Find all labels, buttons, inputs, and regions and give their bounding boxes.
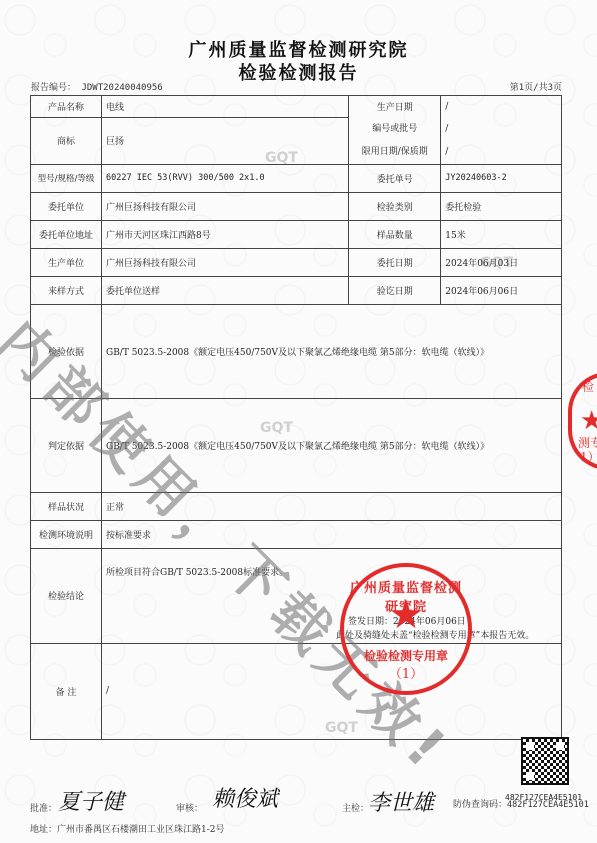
order-no-label: 委托单号 — [349, 164, 441, 192]
approve-label: 批准： — [30, 801, 57, 814]
expiry-label: 限用日期/保质期 — [353, 141, 436, 164]
star-icon: ★ — [344, 595, 468, 635]
conclusion-label: 检验结论 — [31, 548, 102, 643]
basis-value: GB/T 5023.5-2008《额定电压450/750V及以下聚氯乙烯绝缘电缆… — [102, 304, 562, 398]
sampling-value: 委托单位送样 — [102, 276, 349, 304]
batch-value: / — [445, 118, 557, 141]
seal-number: （1） — [344, 663, 468, 682]
sample-qty-value: 15米 — [441, 220, 562, 248]
product-name-label: 产品名称 — [31, 96, 102, 118]
completion-date-label: 验讫日期 — [349, 276, 441, 304]
production-date-label: 生产日期 — [349, 96, 441, 118]
inspection-type-label: 检验类别 — [349, 192, 441, 220]
approve-signature: 夏子健 — [58, 785, 124, 816]
basis-label: 检验依据 — [31, 304, 102, 398]
sample-status-label: 样品状况 — [31, 492, 102, 520]
expiry-value: / — [445, 141, 557, 164]
address: 地址：广州市番禺区石楼潮田工业区珠江路1-2号 — [30, 822, 225, 835]
judgement-label: 判定依据 — [31, 398, 102, 492]
sample-status-value: 正常 — [102, 492, 562, 520]
client-address-label: 委托单位地址 — [31, 220, 102, 248]
anticounterfeit: 防伪查询码：482F127CEA4E5101 — [453, 797, 589, 810]
seam-seal-number: 1） — [580, 448, 597, 465]
page-info: 第1页/共3页 — [510, 80, 562, 93]
trademark-label: 商标 — [31, 118, 102, 165]
report-table: 产品名称 电线 生产日期 / 商标 巨扬 编号或批号 限用日期/保质期 / / … — [30, 95, 562, 740]
qr-code[interactable] — [523, 739, 567, 783]
client-value: 广州巨扬科技有限公司 — [102, 192, 349, 220]
inspection-type-value: 委托检验 — [441, 192, 562, 220]
report-number-label: 报告编号： — [31, 83, 76, 93]
review-label: 审核： — [176, 801, 203, 814]
client-label: 委托单位 — [31, 192, 102, 220]
trademark-value: 巨扬 — [102, 118, 349, 165]
report-number: 报告编号： JDWT20240040956 — [31, 80, 163, 93]
seam-seal: 检 ★ 测专 1） — [568, 372, 597, 470]
order-date-value: 2024年06月03日 — [441, 248, 562, 276]
anticounterfeit-code: 482F127CEA4E5101 — [507, 800, 589, 810]
env-value: 按标准要求 — [102, 520, 562, 548]
model-value: 60227 IEC 53(RVV) 300/500 2x1.0 — [102, 164, 349, 192]
batch-expiry-values: / / — [441, 118, 562, 165]
seal-bottom-text: 检验检测专用章 — [344, 647, 468, 664]
star-icon: ★ — [580, 406, 597, 436]
product-name-value: 电线 — [102, 96, 349, 118]
report-number-value: JDWT20240040956 — [81, 83, 162, 93]
env-label: 检测环境说明 — [31, 520, 102, 548]
review-signature: 赖俊斌 — [212, 782, 278, 813]
inspector-signature: 李世雄 — [368, 786, 434, 817]
judgement-value: GB/T 5023.5-2008《额定电压450/750V及以下聚氯乙烯绝缘电缆… — [102, 398, 562, 492]
manufacturer-value: 广州巨扬科技有限公司 — [102, 248, 349, 276]
client-address-value: 广州市天河区珠江西路8号 — [102, 220, 349, 248]
seam-seal-top: 检 — [582, 378, 594, 395]
model-label: 型号/规格/等级 — [31, 164, 102, 192]
completion-date-value: 2024年06月06日 — [441, 276, 562, 304]
inspector-label: 主检： — [342, 801, 369, 814]
remarks-label: 备 注 — [31, 643, 102, 739]
order-no-value: JY20240603-2 — [441, 164, 562, 192]
manufacturer-label: 生产单位 — [31, 248, 102, 276]
sample-qty-label: 样品数量 — [349, 220, 441, 248]
anticounterfeit-label: 防伪查询码： — [453, 800, 507, 810]
production-date-value: / — [441, 96, 562, 118]
official-seal: 广州质量监督检测研究院 ★ 检验检测专用章 （1） — [340, 563, 472, 695]
order-date-label: 委托日期 — [349, 248, 441, 276]
remarks-value: / — [102, 643, 562, 739]
sampling-label: 来样方式 — [31, 276, 102, 304]
batch-label: 编号或批号 — [353, 118, 436, 141]
batch-expiry-labels: 编号或批号 限用日期/保质期 — [349, 118, 441, 165]
